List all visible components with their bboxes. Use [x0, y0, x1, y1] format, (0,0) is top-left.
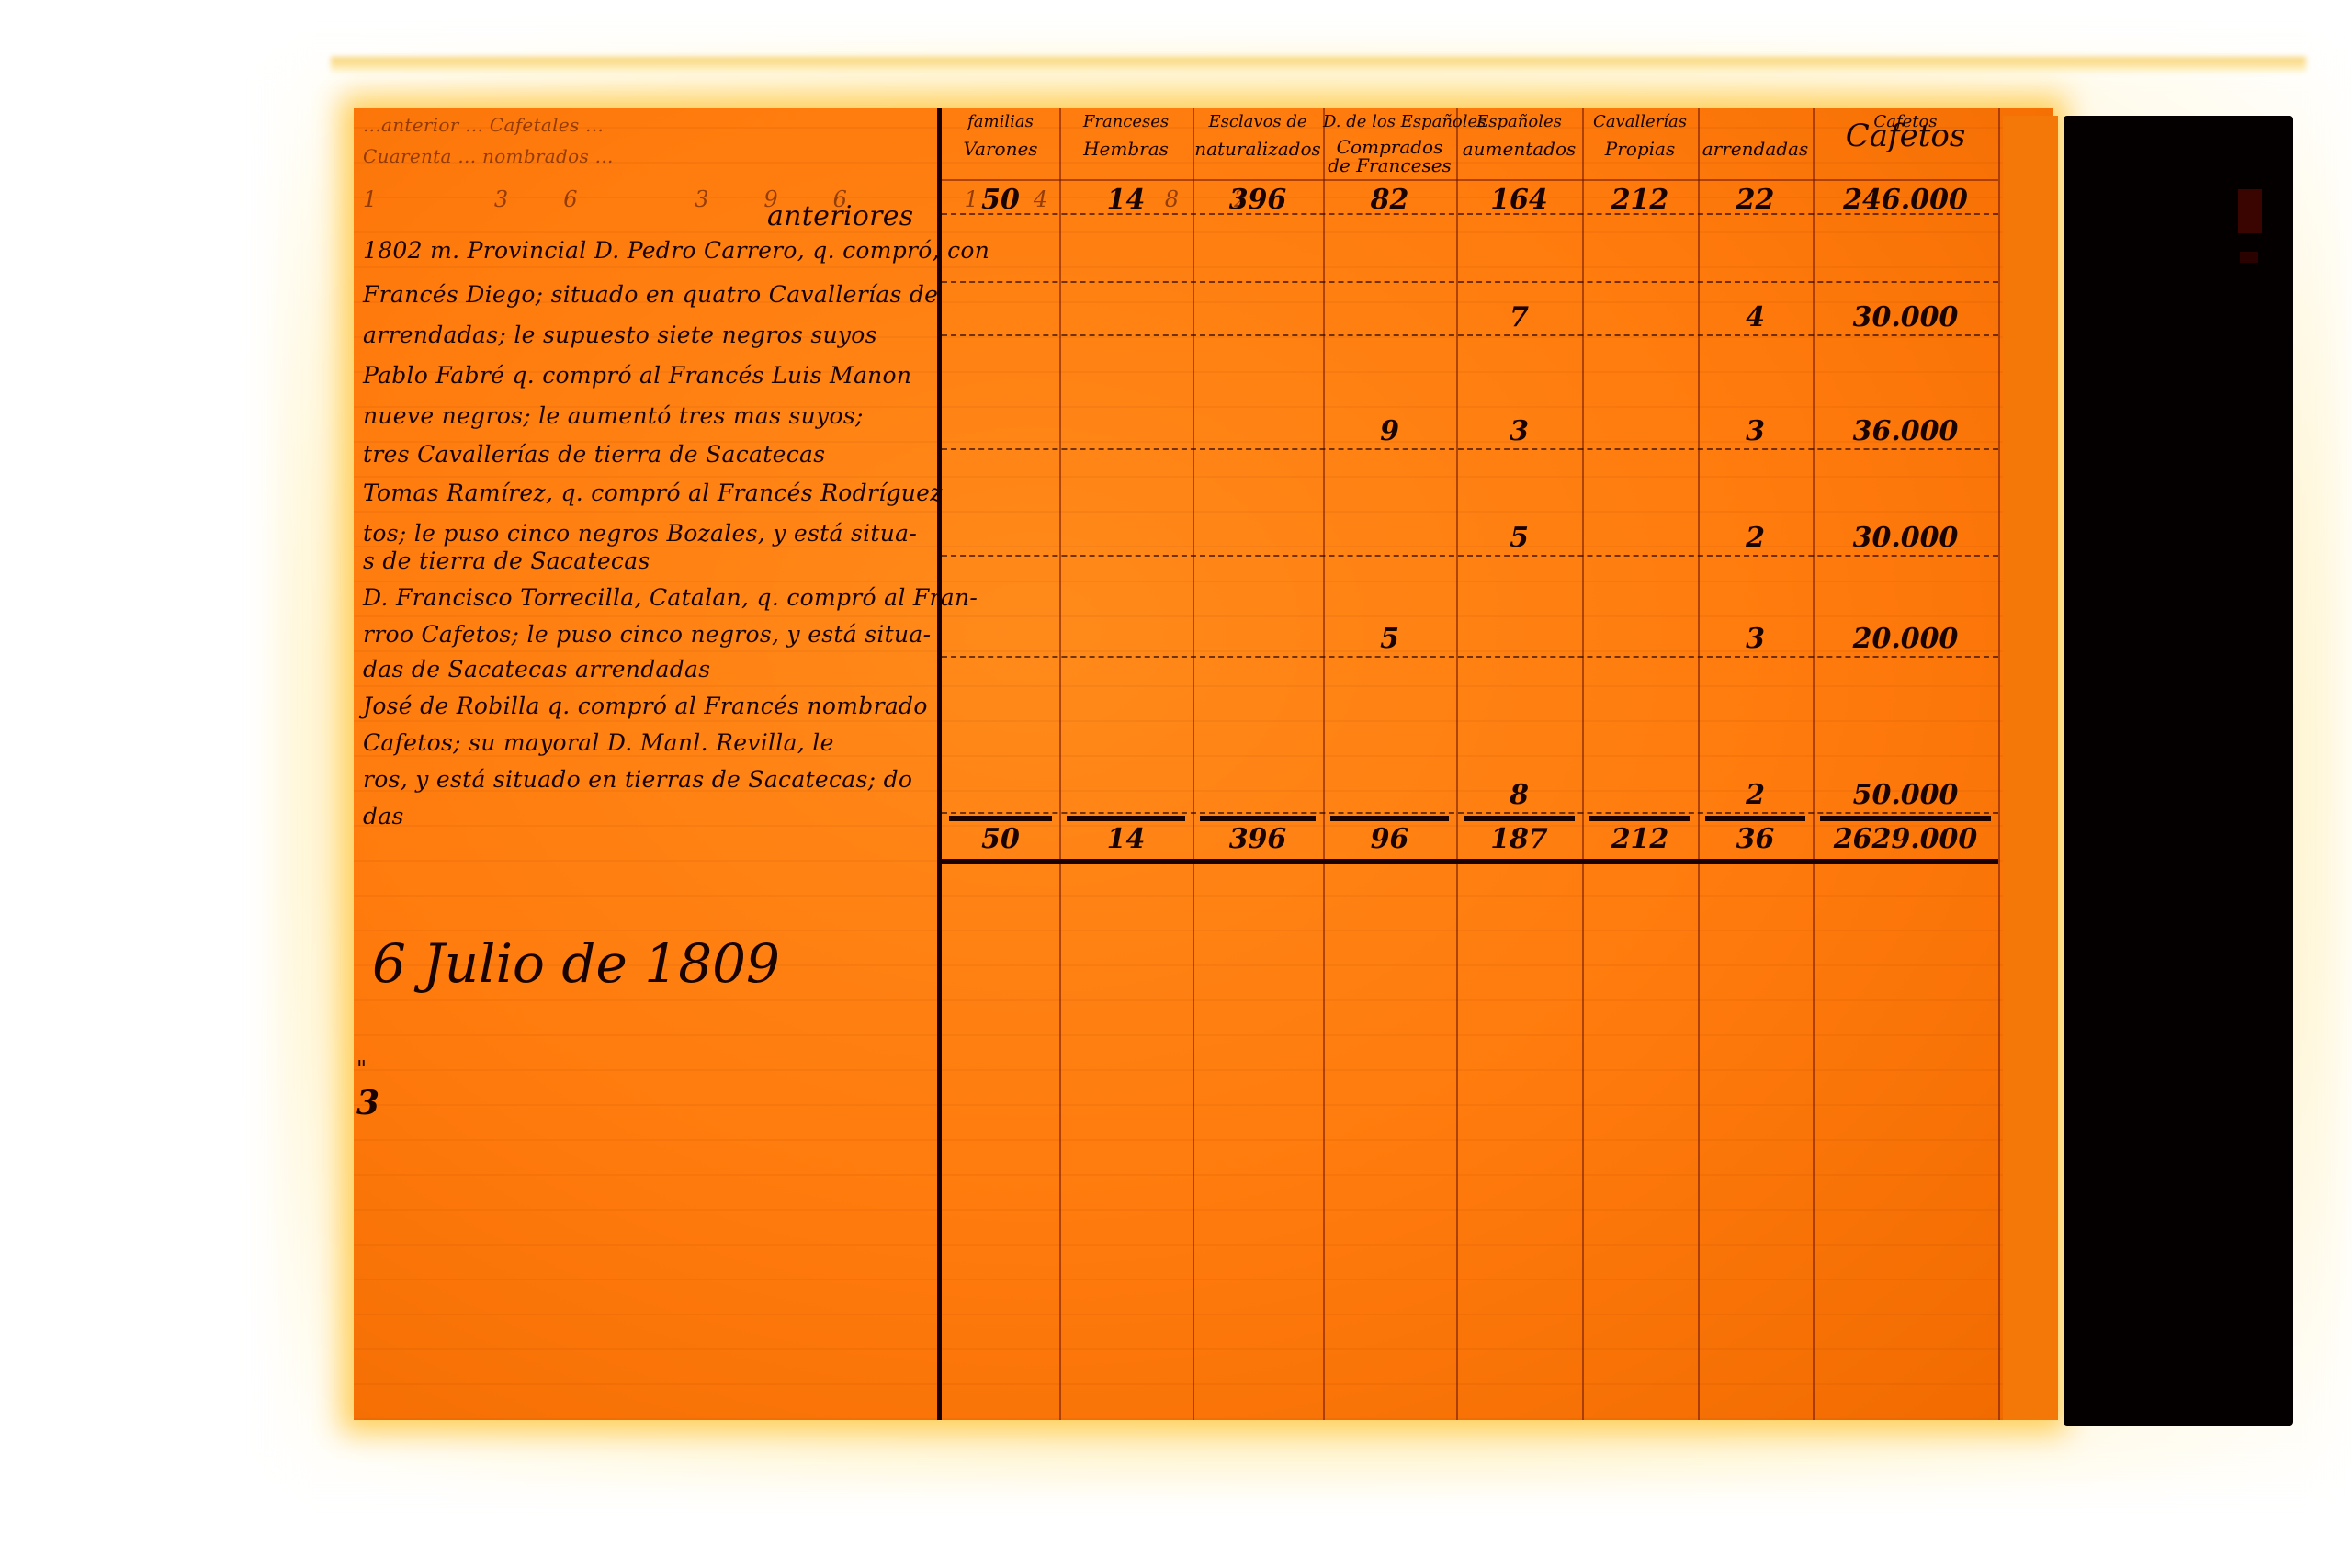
table-cell: 36.000: [1813, 415, 1998, 447]
total-rule: [1200, 816, 1316, 821]
narrative-line: José de Robilla q. compró al Francés nom…: [363, 693, 928, 719]
panel-mark: [2238, 189, 2262, 233]
total-rule: [1705, 816, 1805, 821]
group-header: Franceses: [1059, 112, 1193, 131]
carried-forward-cell: 246.000: [1813, 184, 1998, 216]
margin-mark: 3: [356, 1084, 379, 1122]
row-rule: [942, 812, 1998, 814]
total-rule: [1464, 816, 1575, 821]
table-cell: 9: [1323, 415, 1456, 447]
group-header: D. de los Españoles: [1323, 112, 1456, 131]
narrative-line: 1802 m. Provincial D. Pedro Carrero, q. …: [363, 237, 989, 264]
column-rule: [1323, 108, 1325, 1420]
date-line: 6 Julio de 1809: [372, 932, 780, 995]
table-cell: 50.000: [1813, 779, 1998, 811]
total-rule: [949, 816, 1052, 821]
table-cell: 3: [1698, 415, 1813, 447]
total-rule: [1820, 816, 1991, 821]
table-cell: 2: [1698, 522, 1813, 554]
group-header: Cavallerías: [1582, 112, 1698, 131]
total-cell: 2629.000: [1813, 823, 1998, 855]
table-cell: 7: [1456, 301, 1582, 333]
column-rule: [1193, 108, 1194, 1420]
column-header: Comprados de Franceses: [1323, 138, 1456, 175]
right-margin: [2003, 116, 2058, 1420]
narrative-line: Pablo Fabré q. compró al Francés Luis Ma…: [363, 362, 911, 389]
carried-forward-cell: 50: [942, 184, 1059, 216]
table-cell: 3: [1698, 623, 1813, 655]
column-rule: [1998, 108, 2000, 1420]
total-cell: 50: [942, 823, 1059, 855]
table-cell: 3: [1456, 415, 1582, 447]
table-cell: 20.000: [1813, 623, 1998, 655]
faint-header-line: Cuarenta ... nombrados ...: [363, 145, 614, 167]
group-header: Esclavos de: [1193, 112, 1323, 131]
column-header: arrendadas: [1698, 138, 1813, 160]
column-header: Hembras: [1059, 138, 1193, 160]
narrative-line: das de Sacatecas arrendadas: [363, 656, 710, 682]
narrative-line: Cafetos; su mayoral D. Manl. Revilla, le: [363, 729, 834, 756]
column-rule: [1582, 108, 1584, 1420]
table-divider: [937, 108, 942, 1420]
table-cell: 30.000: [1813, 522, 1998, 554]
header-rule: [942, 179, 1998, 181]
total-cell: 396: [1193, 823, 1323, 855]
carried-forward-cell: 396: [1193, 184, 1323, 216]
carried-forward-cell: 212: [1582, 184, 1698, 216]
margin-mark: ": [356, 1056, 367, 1082]
scan-frame-strip: [331, 57, 2306, 72]
narrative-line: das: [363, 803, 404, 829]
total-cell: 187: [1456, 823, 1582, 855]
table-cell: 5: [1323, 623, 1456, 655]
panel-mark: [2240, 252, 2258, 263]
narrative-line: Tomas Ramírez, q. compró al Francés Rodr…: [363, 479, 943, 506]
narrative-line: tos; le puso cinco negros Bozales, y est…: [363, 520, 917, 547]
table-cell: 2: [1698, 779, 1813, 811]
table-cell: 5: [1456, 522, 1582, 554]
carried-forward-cell: 14: [1059, 184, 1193, 216]
narrative-line: Francés Diego; situado en quatro Cavalle…: [363, 281, 938, 308]
total-rule: [1067, 816, 1185, 821]
table-cell: 4: [1698, 301, 1813, 333]
total-cell: 14: [1059, 823, 1193, 855]
column-rule: [1059, 108, 1061, 1420]
carried-label: anteriores: [767, 200, 914, 232]
narrative-line: D. Francisco Torrecilla, Catalan, q. com…: [363, 584, 978, 611]
narrative-line: ros, y está situado en tierras de Sacate…: [363, 766, 912, 793]
group-header: Españoles: [1456, 112, 1582, 131]
carried-forward-cell: 82: [1323, 184, 1456, 216]
row-rule: [942, 656, 1998, 658]
narrative-line: tres Cavallerías de tierra de Sacatecas: [363, 441, 825, 468]
narrative-line: arrendadas; le supuesto siete negros suy…: [363, 321, 877, 348]
column-header: Cafetos: [1813, 118, 1998, 154]
column-header: Varones: [942, 138, 1059, 160]
total-rule: [1589, 816, 1690, 821]
narrative-line: s de tierra de Sacatecas: [363, 547, 650, 574]
total-rule: [1330, 816, 1449, 821]
row-rule: [942, 334, 1998, 336]
narrative-line: rroo Cafetos; le puso cinco negros, y es…: [363, 621, 931, 648]
carried-forward-cell: 164: [1456, 184, 1582, 216]
dark-backing-panel: [2064, 116, 2293, 1426]
row-rule: [942, 555, 1998, 557]
row-rule: [942, 281, 1998, 283]
column-header: naturalizados: [1193, 138, 1323, 160]
group-header: familias: [942, 112, 1059, 131]
table-cell: 30.000: [1813, 301, 1998, 333]
total-rule: [942, 859, 1998, 864]
carried-forward-cell: 22: [1698, 184, 1813, 216]
total-cell: 36: [1698, 823, 1813, 855]
table-cell: 8: [1456, 779, 1582, 811]
narrative-line: nueve negros; le aumentó tres mas suyos;: [363, 402, 864, 429]
row-rule: [942, 448, 1998, 450]
total-cell: 212: [1582, 823, 1698, 855]
column-header: Propias: [1582, 138, 1698, 160]
faint-header-line: ...anterior ... Cafetales ...: [363, 114, 604, 136]
total-cell: 96: [1323, 823, 1456, 855]
column-header: aumentados: [1456, 138, 1582, 160]
